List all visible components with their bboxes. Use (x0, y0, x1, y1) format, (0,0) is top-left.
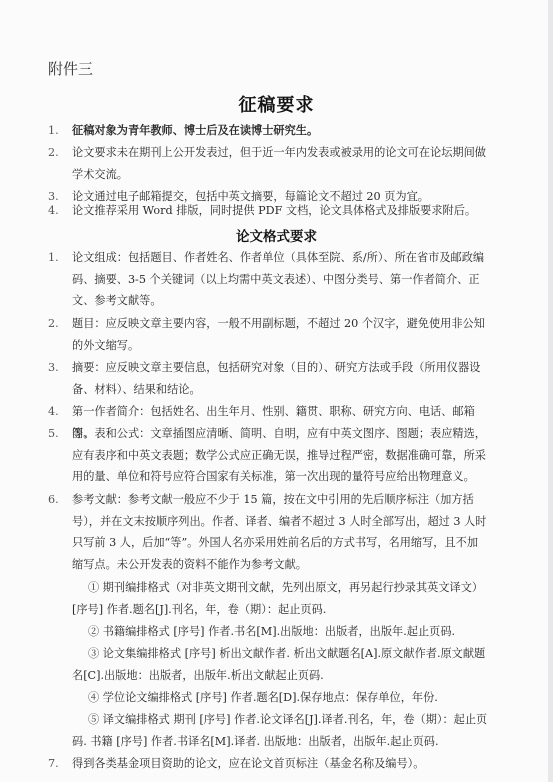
item-number: 6. (48, 489, 68, 511)
page-edge (548, 0, 553, 782)
requirement-item: 4. 论文推荐采用 Word 排版，同时提供 PDF 文档，论文具体格式及排版要… (48, 200, 488, 222)
format-item: 5. 图、表和公式：文章插图应清晰、简明、自明，应有中英文图序、图题；表应精选，… (48, 423, 488, 488)
requirement-item: 2. 论文要求未在期刊上公开发表过，但于近一年内发表或被录用的论文可在论坛期间做… (48, 142, 488, 185)
item-number: 2. (48, 313, 68, 335)
section-title: 论文格式要求 (0, 225, 553, 245)
reference-format: ⑤ 译文编排格式 期刊 [序号] 作者.论文译名[J].译者.刊名，年，卷（期）… (72, 709, 488, 752)
format-item: 6. 参考文献：参考文献一般应不少于 15 篇，按在文中引用的先后顺序标注（加方… (48, 489, 488, 575)
item-number: 4. (48, 401, 68, 423)
item-number: 3. (48, 357, 68, 379)
item-text: 摘要：应反映文章主要信息，包括研究对象（目的）、研究方法或手段（所用仪器设备、材… (72, 357, 488, 400)
item-text: 论文推荐采用 Word 排版，同时提供 PDF 文档，论文具体格式及排版要求附后… (72, 200, 488, 222)
item-number: 1. (48, 120, 68, 142)
format-item: 2. 题目：应反映文章主要内容，一般不用副标题，不超过 20 个汉字，避免使用非… (48, 313, 488, 356)
item-number: 5. (48, 423, 68, 445)
reference-format: ④ 学位论文编排格式 [序号] 作者.题名[D].保存地点：保存单位，年份. (72, 687, 488, 709)
item-text: 图、表和公式：文章插图应清晰、简明、自明，应有中英文图序、图题；表应精选，应有表… (72, 423, 488, 488)
item-text: 题目：应反映文章主要内容，一般不用副标题，不超过 20 个汉字，避免使用非公知的… (72, 313, 488, 356)
item-text: 论文组成：包括题目、作者姓名、作者单位（具体至院、系/所）、所在省市及邮政编码、… (72, 247, 488, 312)
item-number: 4. (48, 200, 68, 222)
format-item: 3. 摘要：应反映文章主要信息，包括研究对象（目的）、研究方法或手段（所用仪器设… (48, 357, 488, 400)
item-number: 1. (48, 247, 68, 269)
item-number: 7. (48, 753, 68, 775)
item-text: 参考文献：参考文献一般应不少于 15 篇，按在文中引用的先后顺序标注（加方括号）… (72, 489, 488, 575)
item-number: 2. (48, 142, 68, 164)
reference-format: ② 书籍编排格式 [序号] 作者.书名[M].出版地：出版者，出版年.起止页码. (72, 621, 488, 643)
format-item: 1. 论文组成：包括题目、作者姓名、作者单位（具体至院、系/所）、所在省市及邮政… (48, 247, 488, 312)
item-text: 论文要求未在期刊上公开发表过，但于近一年内发表或被录用的论文可在论坛期间做学术交… (72, 142, 488, 185)
requirement-item: 1. 征稿对象为青年教师、博士后及在读博士研究生。 (48, 120, 488, 142)
item-text: 征稿对象为青年教师、博士后及在读博士研究生。 (72, 120, 488, 142)
reference-format: ① 期刊编排格式（对非英文期刊文献，先列出原文，再另起行抄录其英文译文）[序号]… (72, 577, 488, 620)
document-page: 附件三 征稿要求 1. 征稿对象为青年教师、博士后及在读博士研究生。 2. 论文… (0, 0, 549, 782)
format-item: 7. 得到各类基金项目资助的论文，应在论文首页标注（基金名称及编号）。 (48, 753, 488, 775)
attachment-label: 附件三 (48, 58, 93, 79)
item-text: 得到各类基金项目资助的论文，应在论文首页标注（基金名称及编号）。 (72, 753, 488, 775)
page-title: 征稿要求 (0, 91, 553, 117)
reference-format: ③ 论文集编排格式 [序号] 析出文献作者. 析出文献题名[A].原文献作者.原… (72, 643, 488, 686)
